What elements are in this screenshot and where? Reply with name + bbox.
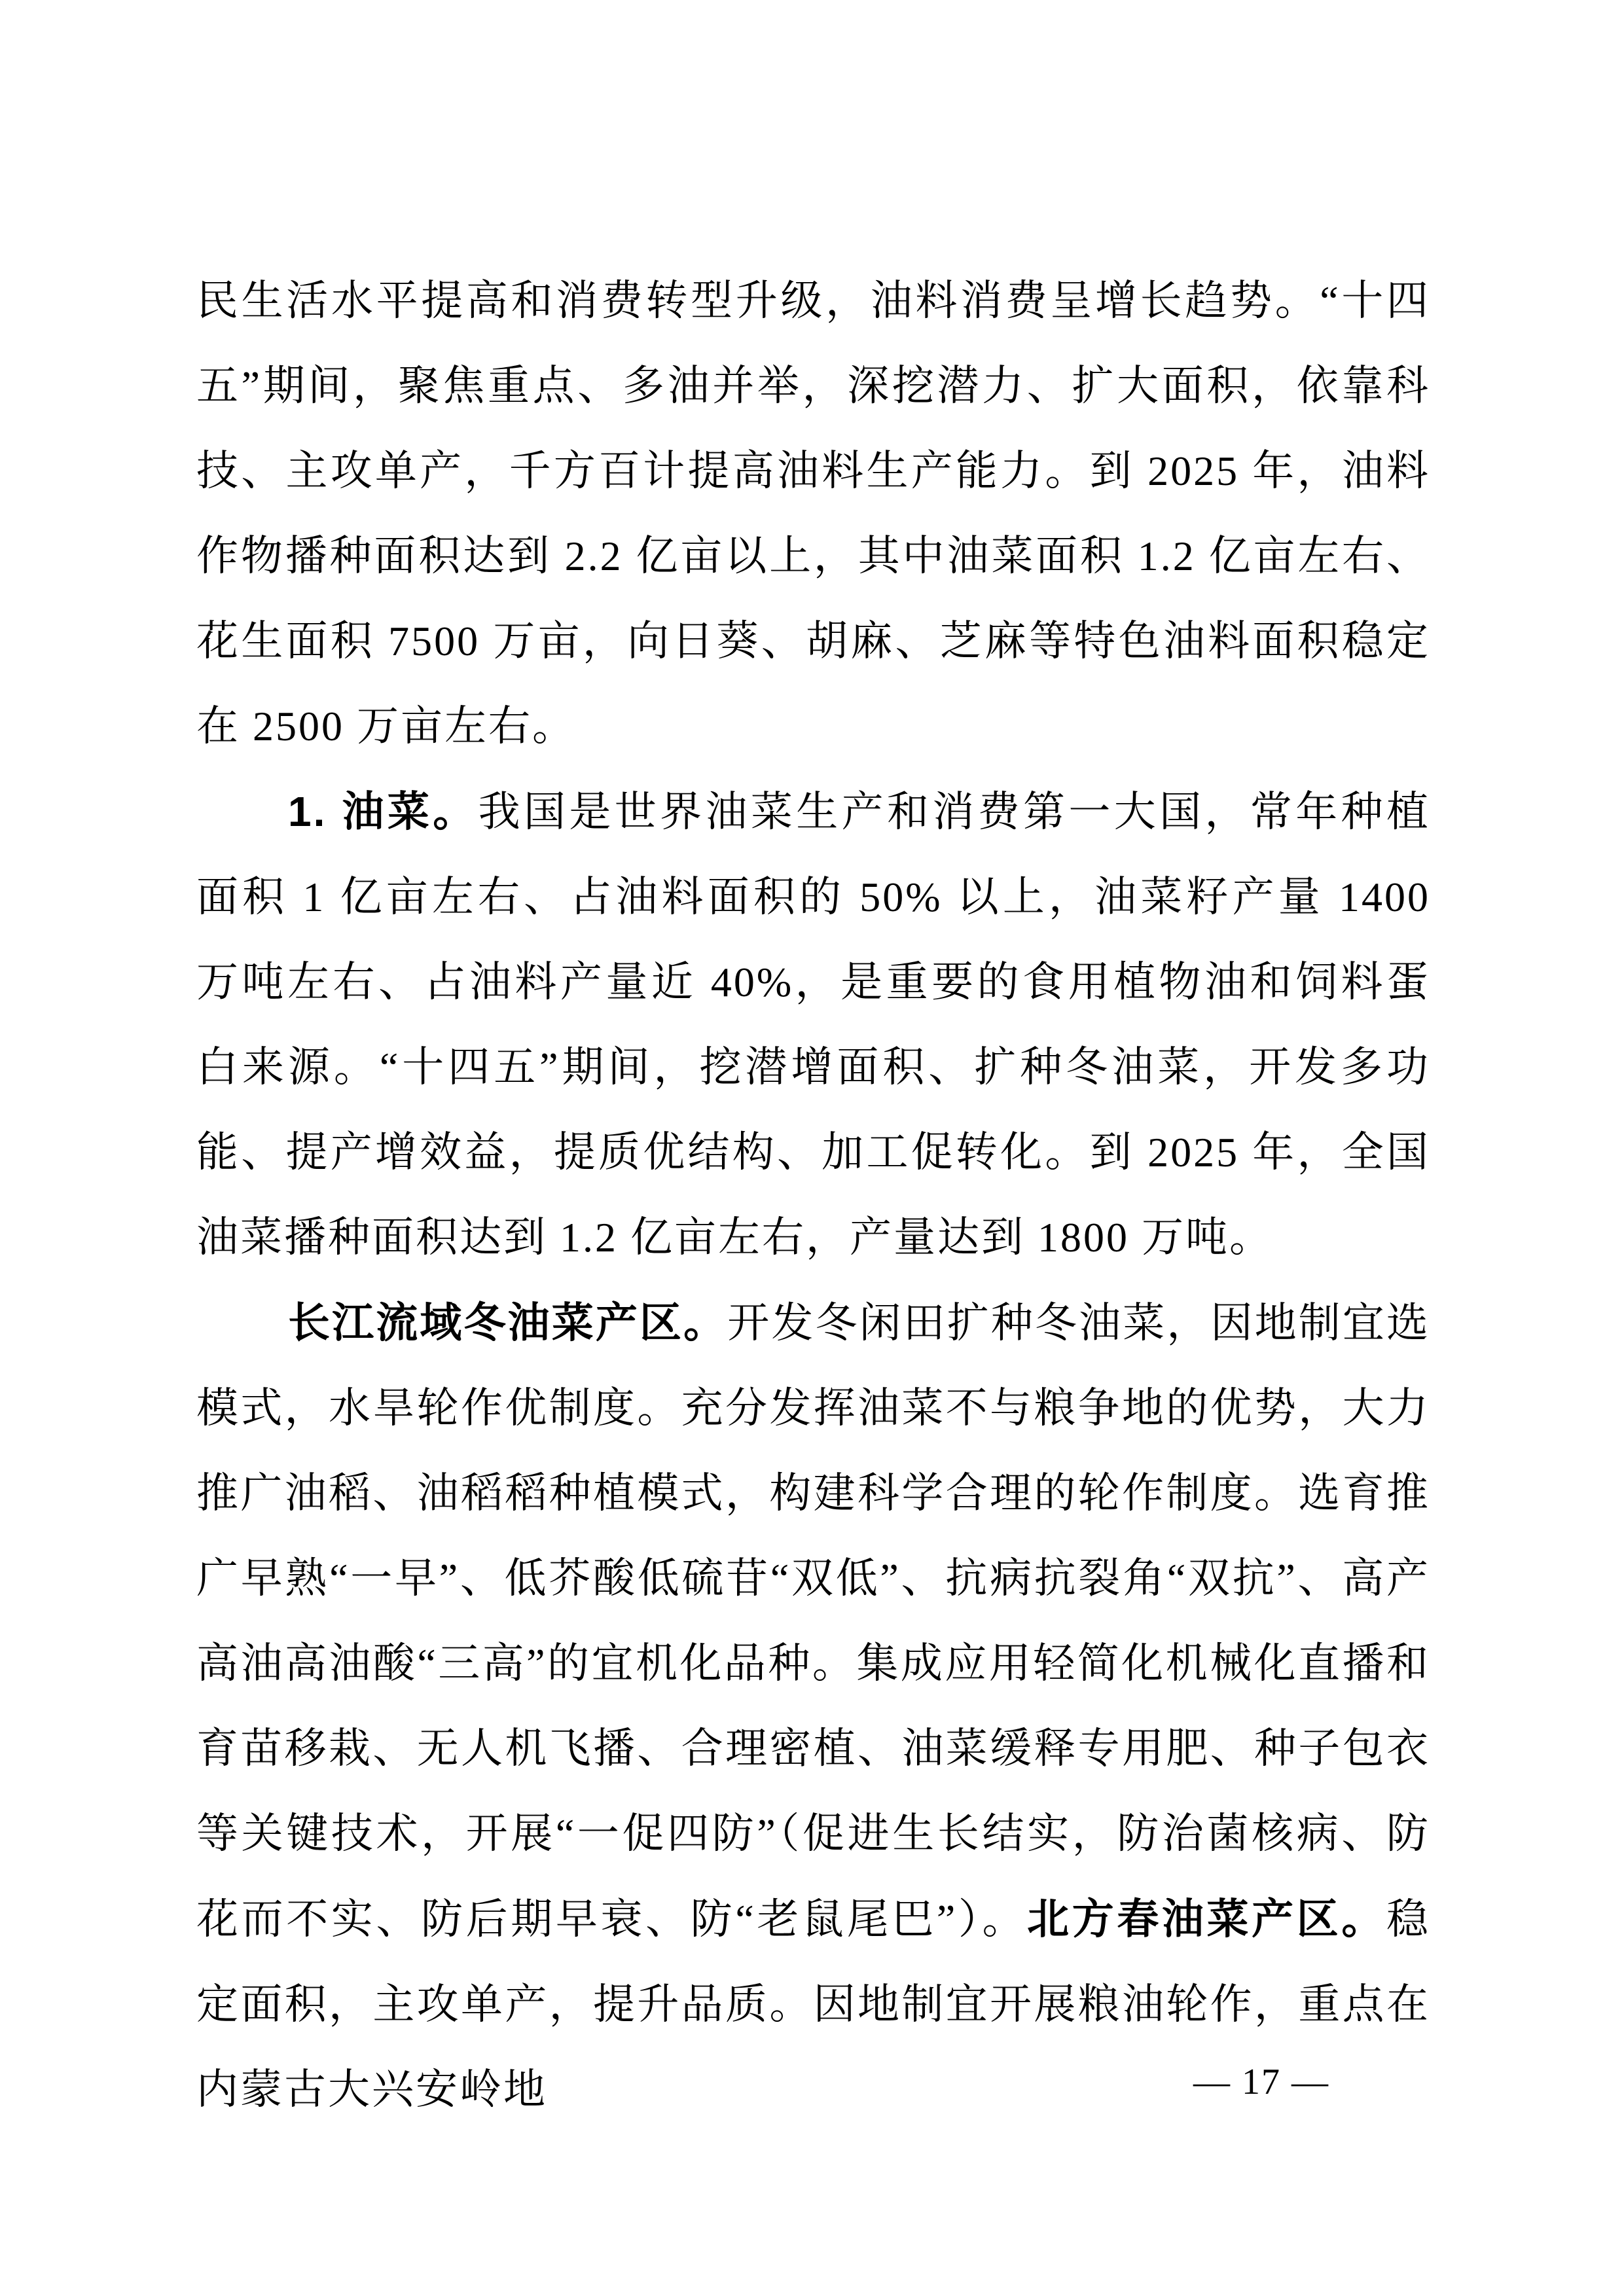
section-lead-yangtze-winter-rapeseed-region: 长江流域冬油菜产区。 [288,1299,727,1346]
paragraph-rapeseed-section: 1. 油菜。我国是世界油菜生产和消费第一大国，常年种植面积 1 亿亩左右、占油料… [196,769,1430,1280]
page-number: — 17 — [1193,2058,1329,2106]
document-page: 民生活水平提高和消费转型升级，油料消费呈增长趋势。“十四五”期间，聚焦重点、多油… [0,0,1624,2296]
paragraph-text: 民生活水平提高和消费转型升级，油料消费呈增长趋势。“十四五”期间，聚焦重点、多油… [196,278,1430,749]
paragraph-oilseed-overview-continuation: 民生活水平提高和消费转型升级，油料消费呈增长趋势。“十四五”期间，聚焦重点、多油… [196,259,1430,769]
paragraph-text: 开发冬闲田扩种冬油菜，因地制宜选模式，水旱轮作优制度。充分发挥油菜不与粮争地的优… [196,1300,1430,1943]
section-lead-northern-spring-rapeseed-region: 北方春油菜产区。 [1027,1895,1386,1943]
document-body: 民生活水平提高和消费转型升级，油料消费呈增长趋势。“十四五”期间，聚焦重点、多油… [196,259,1430,2132]
paragraph-production-regions: 长江流域冬油菜产区。开发冬闲田扩种冬油菜，因地制宜选模式，水旱轮作优制度。充分发… [196,1280,1430,2132]
paragraph-text: 我国是世界油菜生产和消费第一大国，常年种植面积 1 亿亩左右、占油料面积的 50… [196,789,1430,1261]
section-lead-rapeseed: 1. 油菜。 [288,788,478,835]
